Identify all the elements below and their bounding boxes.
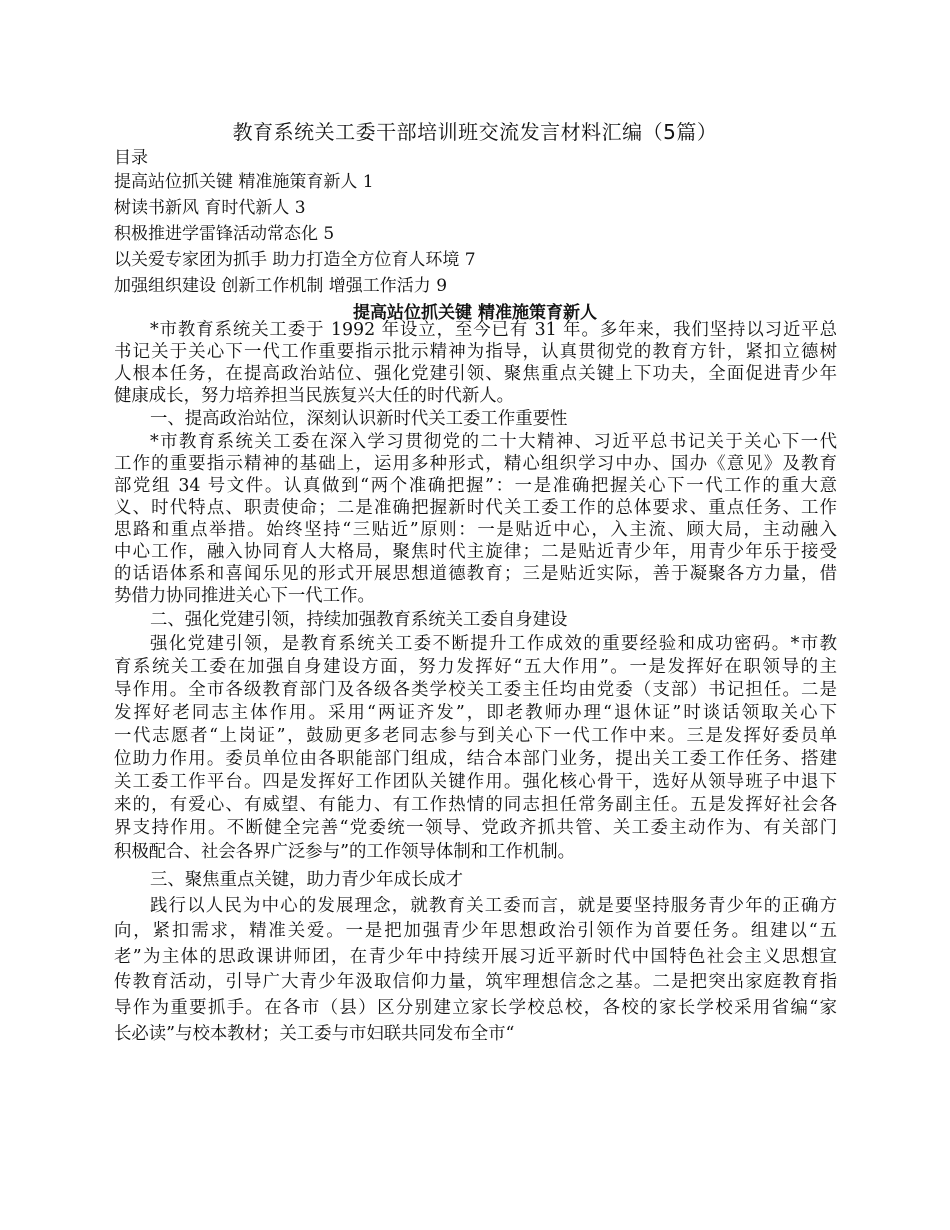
body-line: 中心工作，融入协同育人大格局，聚焦时代主旋律；二是贴近青少年，用青少年乐于接受: [114, 541, 837, 563]
subheading: 一、提高政治站位，深刻认识新时代关工委工作重要性: [150, 408, 837, 430]
body-line: 界支持作用。不断健全完善“党委统一领导、党政齐抓共管、关工委主动作为、有关部门: [114, 817, 837, 839]
body-line: *市教育系统关工委在深入学习贯彻党的二十大精神、习近平总书记关于关心下一代: [150, 431, 837, 453]
body-line: 健康成长，努力培养担当民族复兴大任的时代新人。: [114, 385, 837, 407]
body-line: 导作用。全市各级教育部门及各级各类学校关工委主任均由党委（支部）书记担任。二是: [114, 679, 837, 701]
body-line: 思路和重点举措。始终坚持“三贴近”原则：一是贴近中心，入主流、顾大局，主动融入: [114, 519, 837, 541]
body-line: 部党组 34 号文件。认真做到“两个准确把握”：一是准确把握关心下一代工作的重大…: [114, 475, 837, 497]
body-line: 书记关于关心下一代工作重要指示批示精神为指导，认真贯彻党的教育方针，紧扣立德树: [114, 341, 837, 363]
subheading: 二、强化党建引领，持续加强教育系统关工委自身建设: [150, 609, 837, 631]
subheading: 三、聚焦重点关键，助力青少年成长成才: [150, 869, 837, 891]
body-line: 工作的重要指示精神的基础上，运用多种形式，精心组织学习中办、国办《意见》及教育: [114, 453, 837, 475]
body-line: 势借力协同推进关心下一代工作。: [114, 585, 837, 607]
body-line: 导作为重要抓手。在各市（县）区分别建立家长学校总校，各校的家长学校采用省编“家: [114, 997, 837, 1019]
toc-item: 树读书新风 育时代新人 3: [114, 193, 306, 218]
body-line: 一代志愿者“上岗证”，鼓励更多老同志参与到关心下一代工作中来。三是发挥好委员单: [114, 725, 837, 747]
body-line: 育系统关工委在加强自身建设方面，努力发挥好“五大作用”。一是发挥好在职领导的主: [114, 656, 837, 678]
body-line: *市教育系统关工委于 1992 年设立，至今已有 31 年。多年来，我们坚持以习…: [150, 319, 837, 341]
document-page: 教育系统关工委干部培训班交流发言材料汇编（5篇） 目录 提高站位抓关键 精准施策…: [0, 0, 950, 1230]
toc-item: 积极推进学雷锋活动常态化 5: [114, 219, 334, 244]
body-line: 积极配合、社会各界广泛参与”的工作领导体制和工作机制。: [114, 841, 837, 863]
document-title: 教育系统关工委干部培训班交流发言材料汇编（5篇）: [0, 116, 950, 145]
body-line: 位助力作用。委员单位由各职能部门组成，结合本部门业务，提出关工委工作任务、搭建: [114, 748, 837, 770]
toc-item: 以关爱专家团为抓手 助力打造全方位育人环境 7: [114, 245, 476, 270]
body-line: 长必读”与校本教材；关工委与市妇联共同发布全市“: [114, 1023, 837, 1045]
body-line: 向，紧扣需求，精准关爱。一是把加强青少年思想政治引领作为首要任务。组建以“五: [114, 920, 837, 942]
toc-item: 提高站位抓关键 精准施策育新人 1: [114, 167, 374, 192]
body-line: 的话语体系和喜闻乐见的形式开展思想道德教育；三是贴近实际，善于凝聚各方力量，借: [114, 563, 837, 585]
body-line: 义、时代特点、职责使命；二是准确把握新时代关工委工作的总体要求、重点任务、工作: [114, 497, 837, 519]
body-line: 传教育活动，引导广大青少年汲取信仰力量，筑牢理想信念之基。二是把突出家庭教育指: [114, 971, 837, 993]
toc-item: 加强组织建设 创新工作机制 增强工作活力 9: [114, 271, 447, 296]
body-line: 践行以人民为中心的发展理念，就教育关工委而言，就是要坚持服务青少年的正确方: [150, 895, 837, 917]
body-line: 关工委工作平台。四是发挥好工作团队关键作用。强化核心骨干，选好从领导班子中退下: [114, 771, 837, 793]
body-line: 强化党建引领，是教育系统关工委不断提升工作成效的重要经验和成功密码。*市教: [150, 633, 837, 655]
body-line: 人根本任务，在提高政治站位、强化党建引领、聚焦重点关键上下功夫，全面促进青少年: [114, 363, 837, 385]
toc-heading: 目录: [114, 143, 148, 168]
body-line: 老”为主体的思政课讲师团，在青少年中持续开展习近平新时代中国特色社会主义思想宣: [114, 946, 837, 968]
body-line: 来的，有爱心、有威望、有能力、有工作热情的同志担任常务副主任。五是发挥好社会各: [114, 794, 837, 816]
body-line: 发挥好老同志主体作用。采用“两证齐发”，即老教师办理“退休证”时谈话领取关心下: [114, 702, 837, 724]
